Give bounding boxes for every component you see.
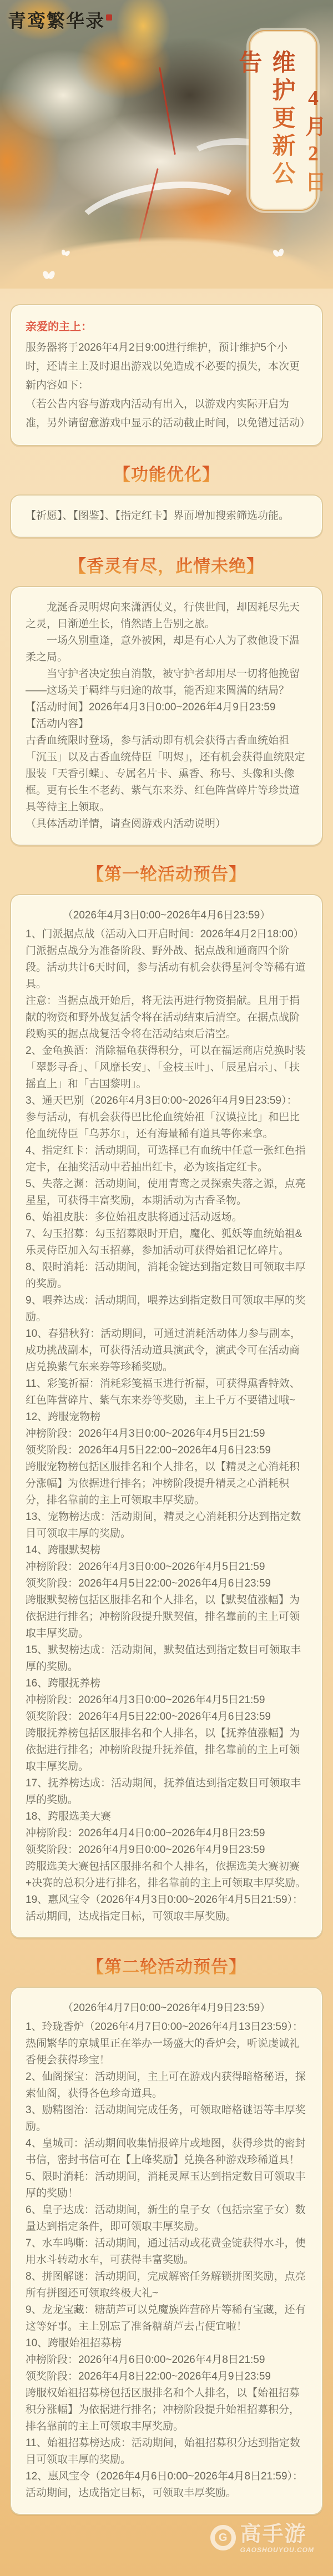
section-heading-2: 【香灵有尽，此情未绝】 [10,552,323,577]
body-line: （若公告内容与游戏内活动有出入，以游戏内实际开启为准，另外请留意游戏中显示的活动… [26,395,307,433]
body-line: 领奖阶段：2026年4月5日22:00~2026年4月6日23:59 [26,1442,307,1459]
announcement-date-vertical: 4月2日 [299,87,329,210]
body-line: 服务器将于2026年4月2日9:00进行维护，预计维护5个小时，还请主上及时退出… [26,339,307,395]
body-line: 3、通天巴别（2026年4月3日0:00~2026年4月9日23:59）：参与活… [26,1093,307,1143]
body-line: 领奖阶段：2026年4月8日22:00~2026年4月9日23:59 [26,2368,307,2385]
body-line: 龙涎香灵明烬向来潇洒仗义，行侠世间，却因耗尽先天之灵，日渐逆生长，悄然踏上告别之… [26,599,307,633]
body-line: 18、跨服选美大赛 [26,1809,307,1825]
body-line: 12、惠风宝令（2026年4月6日0:00~2026年4月8日21:59）：活动… [26,2468,307,2502]
body-line: 【活动内容】 [26,716,307,733]
body-line: 跨服默契榜包括区服排名和个人排名，以【默契值涨幅】为依据进行排名；冲榜阶段提升默… [26,1592,307,1642]
butterfly-decoration [273,248,284,257]
body-line: 跨服宠物榜包括区服排名和个人排名，以【精灵之心消耗积分涨幅】为依据进行排名；冲榜… [26,1459,307,1509]
body-line: 12、跨服宠物榜 [26,1409,307,1426]
body-line: 17、抚养榜达成：活动期间，抚养值达到指定数目可领取丰厚的奖励。 [26,1775,307,1809]
body-line: 冲榜阶段：2026年4月6日0:00~2026年4月8日21:59 [26,2352,307,2368]
body-line: 冲榜阶段：2026年4月4日0:00~2026年4月8日23:59 [26,1825,307,1842]
body-line: 一场久别重逢，意外被困，却是有心人为了救他设下温柔之局。 [26,633,307,666]
body-line: 1、玲珑香炉（2026年4月7日0:00~2026年4月13日23:59）：热闹… [26,2019,307,2069]
butterfly-decoration [43,271,54,280]
section-box-2: 龙涎香灵明烬向来潇洒仗义，行侠世间，却因耗尽先天之灵，日渐逆生长，悄然踏上告别之… [10,586,323,846]
body-line: 13、宠物榜达成：活动期间，精灵之心消耗积分达到指定数目可领取丰厚的奖励。 [26,1509,307,1542]
body-line: 5、限时消耗：活动期间，消耗灵犀玉达到指定数目可领取丰厚的奖励！ [26,2169,307,2202]
body-line: 【祈愿】、【图鉴】、【指定红卡】界面增加搜索筛选功能。 [26,508,307,524]
body-line: 门派据点战分为准备阶段、野外战、据点战和通商四个阶段。活动共计6天时间，参与活动… [26,943,307,993]
body-line: 6、皇子达成：活动期间，新生的皇子女（包括宗室子女）数量达到指定条件，即可领取丰… [26,2202,307,2235]
body-line: 跨服权始祖招募榜包括区服排名和个人排名，以【始祖招募积分涨幅】为依据进行排名；冲… [26,2385,307,2435]
game-logo-text: 青鸾繁华录 [8,12,105,32]
body-line: 7、勾玉招募：勾玉招募限时开启，魔化、狐妖等血统始祖&乐灵侍臣加入勾玉招募，参加… [26,1226,307,1259]
announcement-title-panel: 维护更新公告 4月2日 [249,30,317,211]
body-line: 古香血统限时登场，参与活动即有机会获得古香血统始祖「沉玉」以及古香血统侍臣「明烬… [26,733,307,816]
activity-date-range: （2026年4月3日0:00~2026年4月6日23:59） [26,907,307,924]
intro-paragraphs: 服务器将于2026年4月2日9:00进行维护，预计维护5个小时，还请主上及时退出… [26,339,307,433]
body-line: 注意：当据点战开始后，将无法再进行物资捐献。且用于捐献的物资和野外战复活令将在活… [26,993,307,1043]
section-heading-3: 【第一轮活动预告】 [10,860,323,885]
body-line: 8、限时消耗：活动期间，消耗金锭达到指定数目可领取丰厚的奖励。 [26,1259,307,1292]
body-line: 14、跨服默契榜 [26,1542,307,1559]
body-line: 5、失落之渊：活动期间，使用青鸾之灵探索失落之源，点亮星星，可获得丰富奖励，本期… [26,1176,307,1209]
activity-date-range: （2026年4月7日0:00~2026年4月9日23:59） [26,2000,307,2017]
body-line: 1、门派据点战（活动入口开启时间：2026年4月2日18:00） [26,926,307,943]
section-heading-4: 【第二轮活动预告】 [10,1953,323,1978]
body-line: 领奖阶段：2026年4月5日22:00~2026年4月6日23:59 [26,1709,307,1725]
body-line: 跨服选美大赛包括区服排名和个人排名，依据选美大赛初赛+决赛的总积分进行排名，排名… [26,1858,307,1892]
game-logo: 青鸾繁华录 [8,7,112,33]
section-box-3: （2026年4月3日0:00~2026年4月6日23:59）1、门派据点战（活动… [10,894,323,1938]
body-line: 4、皇城司：活动期间收集情报碎片或地图，获得珍贵的密封书信，密封书信可在【上峰奖… [26,2135,307,2169]
body-line: 3、励精图治：活动期间完成任务，可领取暗格谜语等丰厚奖励。 [26,2102,307,2135]
logo-seal-icon [106,14,112,21]
body-line: 领奖阶段：2026年4月9日0:00~2026年4月9日23:59 [26,1842,307,1858]
watermark-g-icon: G [210,2525,236,2550]
salutation: 亲爱的主上： [26,317,307,336]
body-line: 10、跨服始祖招募榜 [26,2335,307,2352]
watermark-domain: GAOSHOUYOU.COM [240,2546,314,2554]
section-heading-1: 【功能优化】 [10,461,323,486]
section-box-4: （2026年4月7日0:00~2026年4月9日23:59）1、玲珑香炉（202… [10,1987,323,2515]
body-line: 16、跨服抚养榜 [26,1675,307,1692]
body-line: （具体活动详情，请查阅游戏内活动说明） [26,816,307,832]
body-line: 2、金龟换酒：消除福龟获得积分，可以在福运商店兑换时装「翠影寻香」、「风靡长安」… [26,1043,307,1093]
body-line: 冲榜阶段：2026年4月3日0:00~2026年4月5日21:59 [26,1692,307,1709]
section-box-1: 【祈愿】、【图鉴】、【指定红卡】界面增加搜索筛选功能。 [10,494,323,538]
body-line: 15、默契榜达成：活动期间，默契值达到指定数目可领取丰厚的奖励。 [26,1642,307,1675]
body-line: 2、仙阁探宝：活动期间，主上可在游戏内获得暗格秘语，探索仙阁，获得各色珍奇道具。 [26,2069,307,2102]
body-line: 领奖阶段：2026年4月5日22:00~2026年4月6日23:59 [26,1575,307,1592]
watermark-brand: 高手游 [240,2523,307,2546]
announcement-content: 亲爱的主上： 服务器将于2026年4月2日9:00进行维护，预计维护5个小时，还… [0,289,333,2576]
body-line: 10、春猎秋狩：活动期间，可通过消耗活动体力参与副本，成功挑战副本，可获得活动道… [26,1326,307,1376]
body-line: 11、彩笺祈福：消耗彩笺福玉进行祈福，可获得熏香特效、红色阵营碎片、紫气东来券等… [26,1376,307,1409]
body-line: 9、龙龙宝藏：糖葫芦可以兑魔族阵营碎片等稀有宝藏，还有这等好事。主上别忘了准备糖… [26,2302,307,2335]
body-line: 9、喂养达成：活动期间，喂养达到指定数目可领取丰厚的奖励。 [26,1292,307,1326]
intro-box: 亲爱的主上： 服务器将于2026年4月2日9:00进行维护，预计维护5个小时，还… [10,304,323,446]
body-line: 6、始祖皮肤：多位始祖皮肤将通过活动返场。 [26,1209,307,1226]
sections: 【功能优化】【祈愿】、【图鉴】、【指定红卡】界面增加搜索筛选功能。【香灵有尽，此… [10,461,323,2515]
body-line: 19、惠风宝令（2026年4月3日0:00~2026年4月5日21:59）：活动… [26,1892,307,1925]
hero-banner: 青鸾繁华录 维护更新公告 4月2日 [0,0,333,289]
body-line: 【活动时间】2026年4月3日0:00~2026年4月9日23:59 [26,699,307,716]
watermark-text: 高手游 GAOSHOUYOU.COM [240,2523,314,2554]
body-line: 7、水车鸣嘶：活动期间，通过活动或花费金锭获得水斗，使用水斗转动水车，可获得丰富… [26,2235,307,2269]
body-line: 跨服抚养榜包括区服排名和个人排名，以【抚养值涨幅】为依据进行排名；冲榜阶段提升抚… [26,1725,307,1775]
body-line: 冲榜阶段：2026年4月3日0:00~2026年4月5日21:59 [26,1426,307,1442]
body-line: 8、拼图解谜：活动期间，完成解密任务解锁拼图奖励，点亮所有拼图还可领取终极大礼~ [26,2269,307,2302]
announcement-title-vertical: 维护更新公告 [232,50,299,210]
body-line: 当守护者决定独自消散，被守护者却用尽一切将他挽留——这场关于羁绊与归途的故事，能… [26,666,307,699]
body-line: 4、指定红卡：活动期间，可选择已有血统中任意一张红色指定卡，在抽奖活动中若抽出红… [26,1143,307,1176]
watermark: G 高手游 GAOSHOUYOU.COM [10,2515,323,2565]
body-line: 11、始祖招募榜达成：活动期间，始祖招募积分达到指定数目可领取丰厚的奖励。 [26,2435,307,2468]
body-line: 冲榜阶段：2026年4月3日0:00~2026年4月5日21:59 [26,1559,307,1575]
